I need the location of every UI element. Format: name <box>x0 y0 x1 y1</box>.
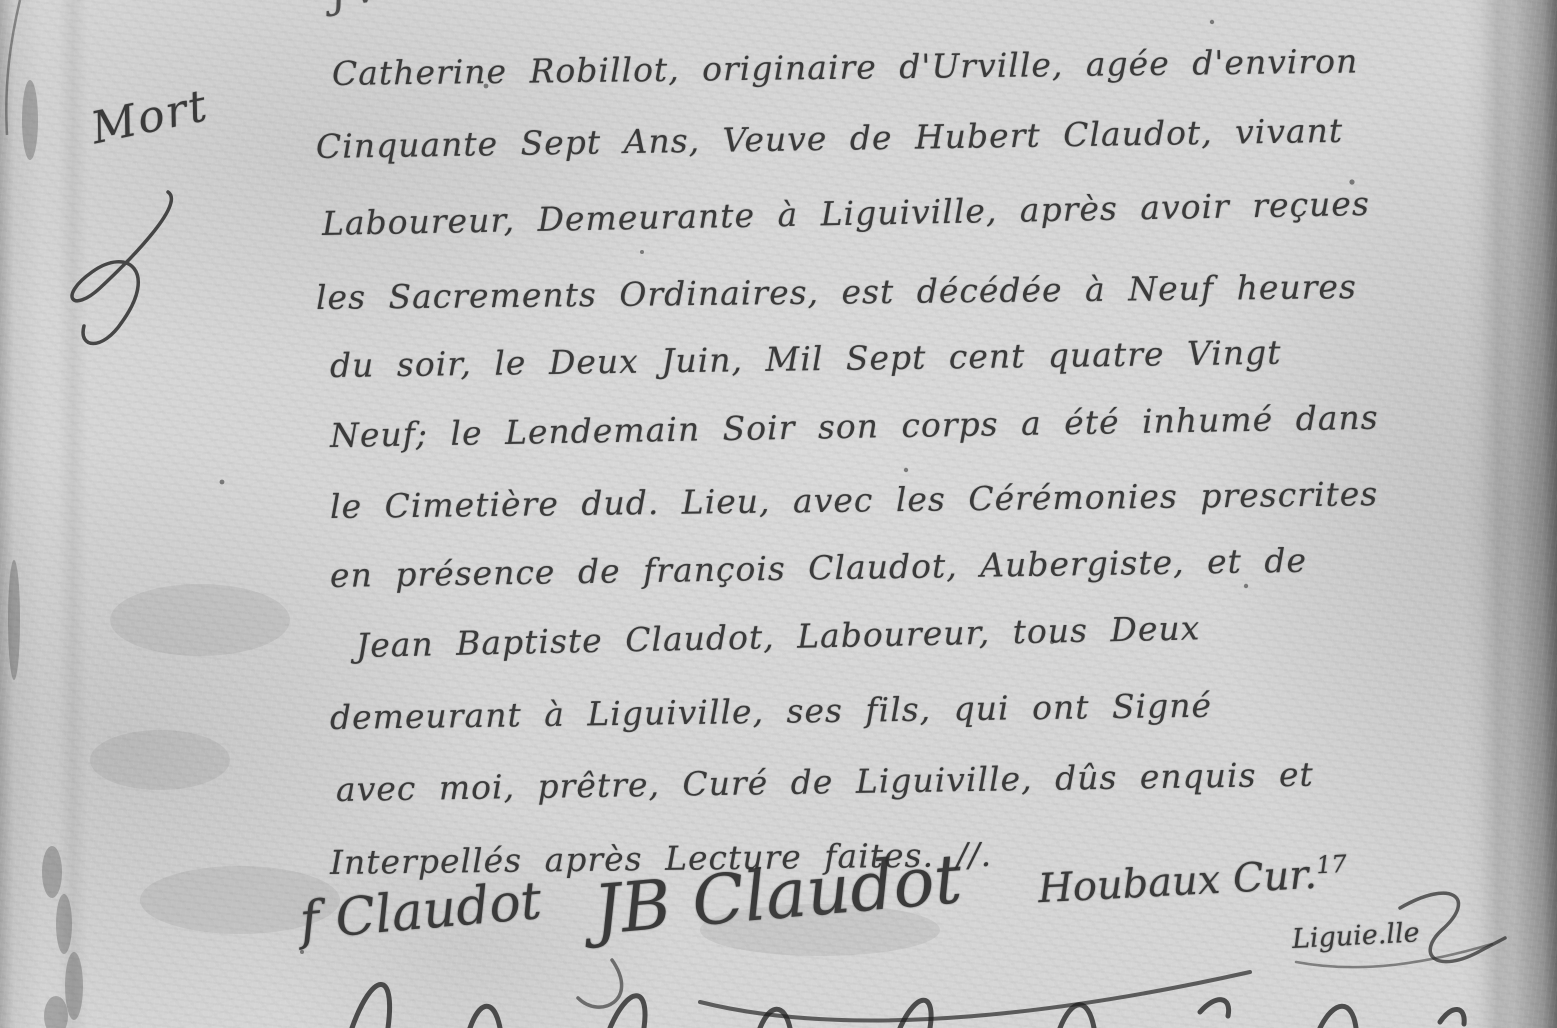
right-fold-crease <box>1480 0 1514 1028</box>
act-text-line-7: le Cimetière dud. Lieu, avec les Cérémon… <box>330 474 1379 526</box>
left-fold-crease <box>58 0 88 1028</box>
scanned-register-page: JVBC Mort Catherine Robillot, originaire… <box>0 0 1557 1028</box>
edge-stain-streak <box>8 80 83 1028</box>
act-text-line-11: avec moi, prêtre, Curé de Liguiville, dû… <box>336 755 1314 809</box>
signature-cure-place: Liguie.lle <box>1291 917 1420 955</box>
act-text-line-10: demeurant à Liguiville, ses fils, qui on… <box>330 686 1213 737</box>
signature-cure-name: Houbaux Cur.17 <box>1037 850 1349 912</box>
margin-paraph-flourish <box>72 192 171 344</box>
act-text-line-8: en présence de françois Claudot, Aubergi… <box>330 541 1308 595</box>
act-text-line-4: les Sacrements Ordinaires, est décédée à… <box>316 267 1357 317</box>
margin-note-mort: Mort <box>87 80 213 154</box>
page-edge-curve <box>6 0 20 135</box>
previous-entry-fragment: JVBC <box>326 0 461 18</box>
signature-francois-claudot: f Claudot <box>297 871 543 952</box>
next-entry-cutoff-strokes <box>352 984 1464 1028</box>
cure-number-text: 17 <box>1315 850 1347 880</box>
act-text-line-5: du soir, le Deux Juin, Mil Sept cent qua… <box>330 333 1282 385</box>
cure-name-text: Houbaux Cur. <box>1037 852 1318 913</box>
act-text-line-3: Laboureur, Demeurante à Liguiville, aprè… <box>322 184 1371 243</box>
act-text-line-2: Cinquante Sept Ans, Veuve de Hubert Clau… <box>316 111 1344 166</box>
act-text-line-1: Catherine Robillot, originaire d'Urville… <box>332 41 1359 93</box>
act-text-line-6: Neuf; le Lendemain Soir son corps a été … <box>330 398 1379 455</box>
signature-descender-loop <box>578 960 622 1007</box>
act-text-line-9: Jean Baptiste Claudot, Laboureur, tous D… <box>356 608 1201 665</box>
signature-underline-flourish <box>700 972 1250 1020</box>
